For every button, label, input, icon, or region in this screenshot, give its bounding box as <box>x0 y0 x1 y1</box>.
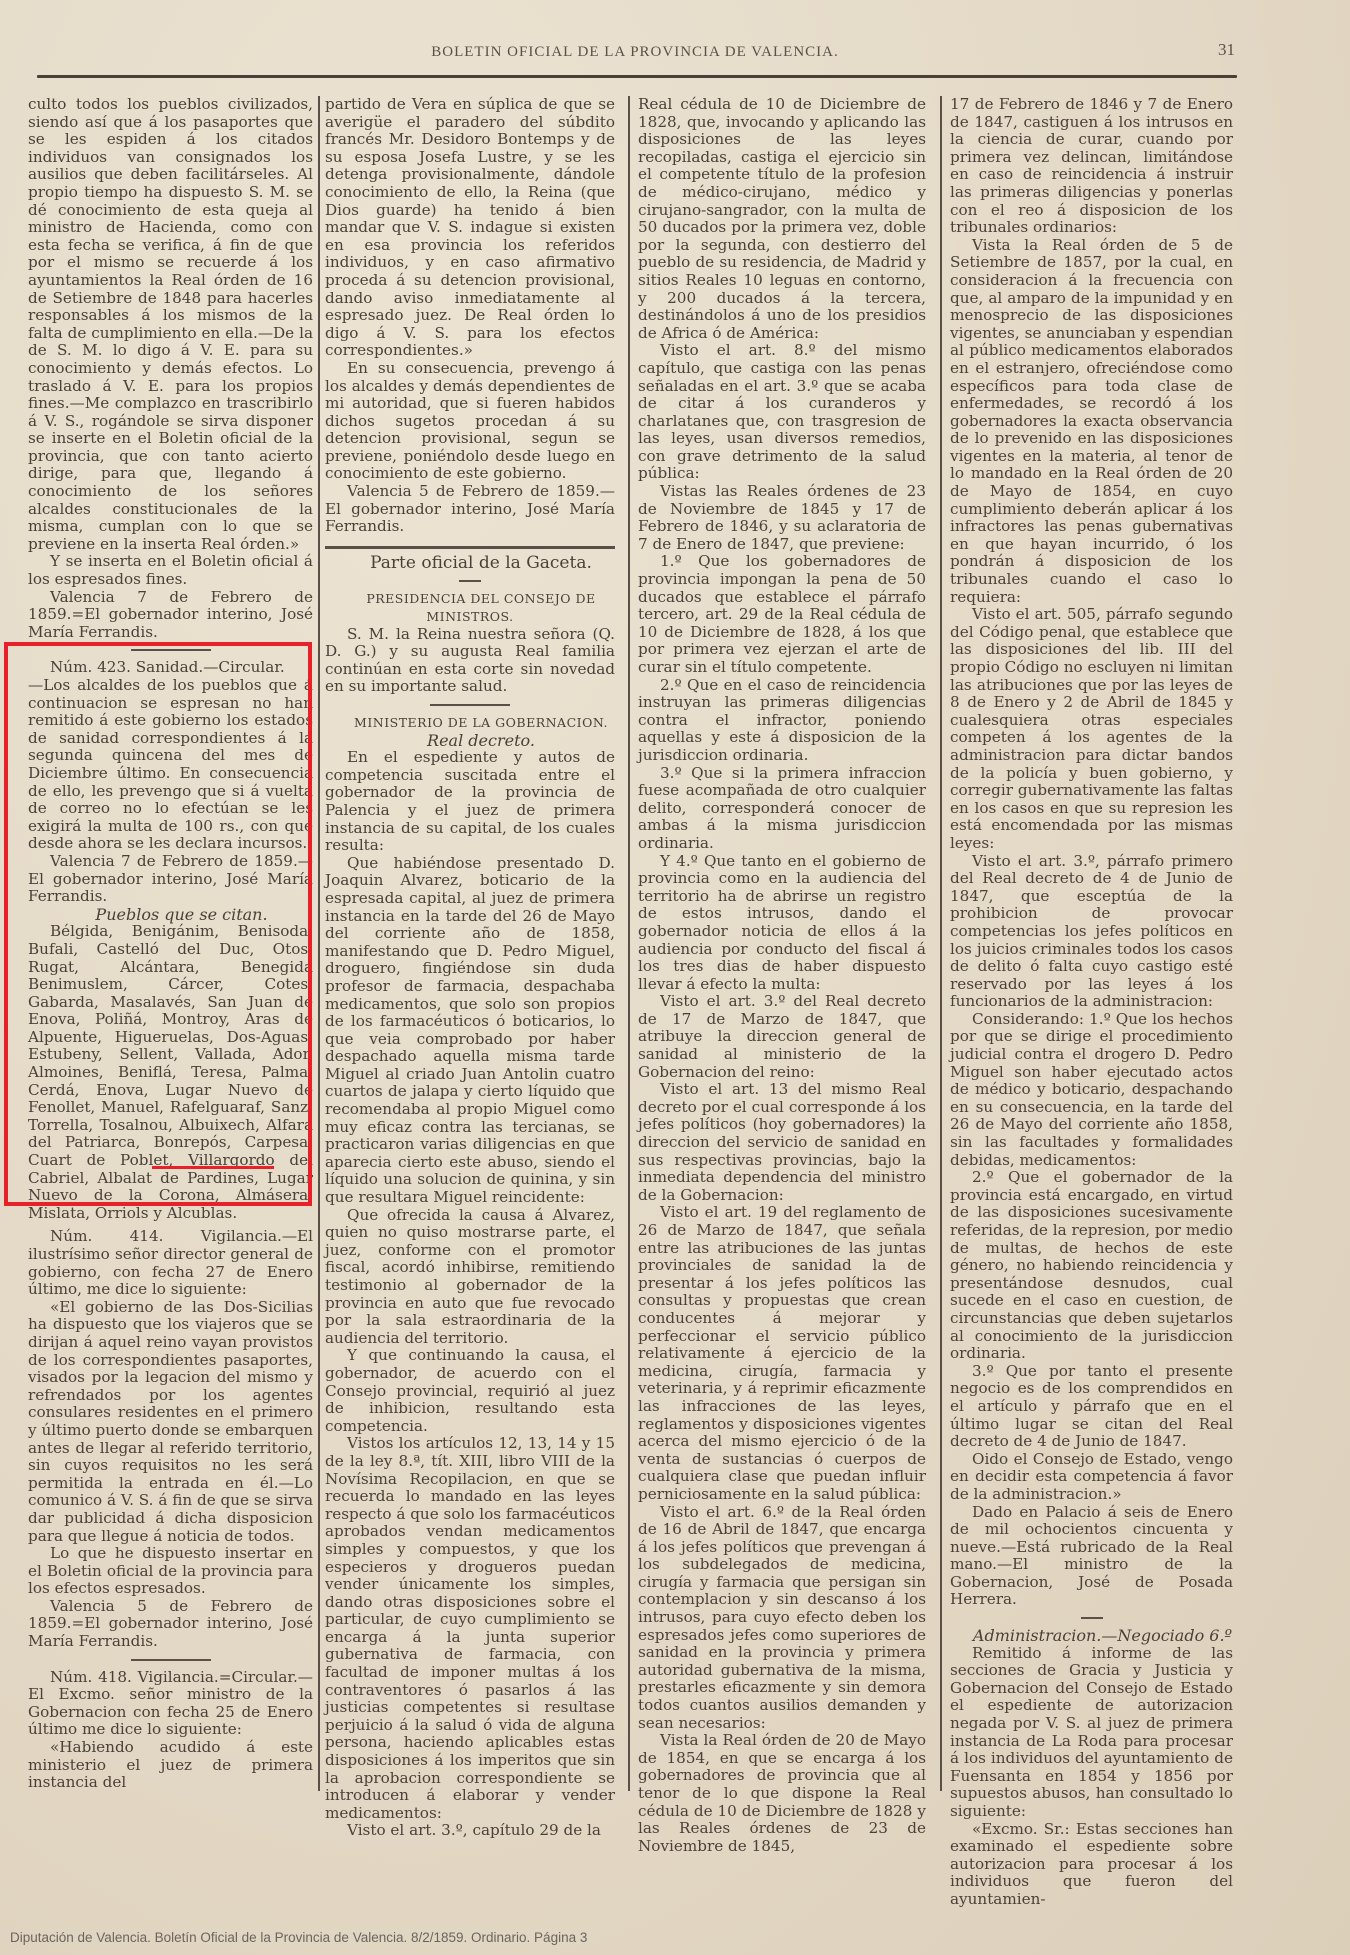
decreto-p1: En el espediente y autos de competencia … <box>325 749 615 855</box>
col4-c1: Considerando: 1.º Que los hechos por que… <box>950 1011 1233 1169</box>
col4-p6: Remitido á informe de las secciones de G… <box>950 1645 1233 1821</box>
notice-423-signature: Valencia 7 de Febrero de 1859.—El gobern… <box>28 853 313 906</box>
col1-signature: Valencia 7 de Febrero de 1859.=El gobern… <box>28 589 313 642</box>
col4-p7: «Excmo. Sr.: Estas secciones han examina… <box>950 1821 1233 1909</box>
admin-heading: Administracion.—Negociado 6.º <box>950 1627 1233 1645</box>
pueblo-highlighted: Cuart de Poblet <box>28 1151 168 1169</box>
col3-item1: 1.º Que los gobernadores de provincia im… <box>638 553 926 676</box>
col2-continuation: partido de Vera en súplica de que se ave… <box>325 96 615 360</box>
pueblos-list: Bélgida, Benigánim, Benisoda, Bufali, Ca… <box>28 923 313 1222</box>
col3-continuation: Real cédula de 10 de Diciembre de 1828, … <box>638 96 926 342</box>
notice-423: Núm. 423. Sanidad.—Circular. —Los alcald… <box>28 659 313 1222</box>
decreto-p6: Visto el art. 3.º, capítulo 29 de la <box>325 1822 615 1840</box>
col1-continuation: culto todos los pueblos civilizados, sie… <box>28 96 313 553</box>
divider <box>1081 1617 1103 1619</box>
divider <box>325 546 615 549</box>
page-header: BOLETIN OFICIAL DE LA PROVINCIA DE VALEN… <box>35 36 1235 66</box>
col4-c3: 3.º Que por tanto el presente negocio es… <box>950 1363 1233 1451</box>
column-rule <box>318 96 320 1791</box>
col4-p2: Visto el art. 505, párrafo segundo del C… <box>950 606 1233 852</box>
decreto-p4: Y que continuando la causa, el gobernado… <box>325 1347 615 1435</box>
presidencia-heading: PRESIDENCIA DEL CONSEJO DE MINISTROS. <box>325 590 615 625</box>
divider <box>131 649 211 651</box>
header-rule <box>37 75 1237 78</box>
page-number: 31 <box>1218 40 1235 60</box>
bulletin-title: BOLETIN OFICIAL DE LA PROVINCIA DE VALEN… <box>35 44 1235 61</box>
col3-item2: 2.º Que en el caso de reincidencia instr… <box>638 677 926 765</box>
col4-p4: Oido el Consejo de Estado, vengo en deci… <box>950 1451 1233 1504</box>
col3-p6: Visto el art. 6.º de la Real órden de 16… <box>638 1504 926 1733</box>
column-rule <box>628 96 630 1791</box>
column-2: partido de Vera en súplica de que se ave… <box>325 96 615 1840</box>
notice-414-insert: Lo que he dispuesto insertar en el Bolet… <box>28 1545 313 1598</box>
col3-item4: Y 4.º Que tanto en el gobierno de provin… <box>638 853 926 994</box>
col2-consequence: En su consecuencia, prevengo á los alcal… <box>325 360 615 483</box>
col3-item3: 3.º Que si la primera infraccion fuese a… <box>638 765 926 853</box>
col4-p5: Dado en Palacio á seis de Enero de mil o… <box>950 1504 1233 1610</box>
col2-signature: Valencia 5 de Febrero de 1859.—El gobern… <box>325 483 615 536</box>
col4-c2: 2.º Que el gobernador de la provincia es… <box>950 1169 1233 1363</box>
col3-p4: Visto el art. 13 del mismo Real decreto … <box>638 1081 926 1204</box>
col4-p3: Visto el art. 3.º, párrafo primero del R… <box>950 853 1233 1011</box>
decreto-p2: Que habiéndose presentado D. Joaquin Alv… <box>325 855 615 1207</box>
col4-continuation: 17 de Febrero de 1846 y 7 de Enero de 18… <box>950 96 1233 237</box>
footer-source: Diputación de Valencia. Boletín Oficial … <box>10 1930 587 1945</box>
notice-414-heading: Núm. 414. Vigilancia.—El ilustrísimo señ… <box>28 1228 313 1298</box>
col3-p2: Vistas las Reales órdenes de 23 de Novie… <box>638 483 926 553</box>
col3-p1: Visto el art. 8.º del mismo capítulo, qu… <box>638 342 926 483</box>
col3-p5: Visto el art. 19 del reglamento de 26 de… <box>638 1204 926 1503</box>
decreto-p5: Vistos los artículos 12, 13, 14 y 15 de … <box>325 1435 615 1822</box>
column-1: culto todos los pueblos civilizados, sie… <box>28 96 313 1792</box>
notice-418-quote: «Habiendo acudido á este ministerio el j… <box>28 1739 313 1792</box>
divider <box>131 1659 211 1661</box>
divider <box>430 704 510 706</box>
underline-cuart-de-poblet <box>152 1166 274 1169</box>
col1-insert-note: Y se inserta en el Boletin oficial á los… <box>28 553 313 588</box>
pueblos-heading: Pueblos que se citan. <box>28 906 313 924</box>
divider <box>459 580 481 582</box>
column-4: 17 de Febrero de 1846 y 7 de Enero de 18… <box>950 96 1233 1909</box>
col3-p3: Visto el art. 3.º del Real decreto de 17… <box>638 993 926 1081</box>
notice-423-body: —Los alcaldes de los pueblos que á conti… <box>28 677 313 853</box>
gaceta-title: Parte oficial de la Gaceta. <box>325 555 615 573</box>
decreto-p3: Que ofrecida la causa á Alvarez, quien n… <box>325 1207 615 1348</box>
column-3: Real cédula de 10 de Diciembre de 1828, … <box>638 96 926 1855</box>
presidencia-body: S. M. la Reina nuestra señora (Q. D. G.)… <box>325 626 615 696</box>
notice-418-heading: Núm. 418. Vigilancia.=Circular.—El Excmo… <box>28 1669 313 1739</box>
column-rule <box>940 96 942 1791</box>
pueblos-list-before: Bélgida, Benigánim, Benisoda, Bufali, Ca… <box>28 922 313 1151</box>
real-decreto-heading: Real decreto. <box>325 732 615 750</box>
col3-p7: Vista la Real órden de 20 de Mayo de 185… <box>638 1732 926 1855</box>
col4-p1: Vista la Real órden de 5 de Setiembre de… <box>950 237 1233 606</box>
ministerio-heading: MINISTERIO DE LA GOBERNACION. <box>325 714 615 732</box>
notice-423-heading: Núm. 423. Sanidad.—Circular. <box>28 659 313 677</box>
notice-414-quote: «El gobierno de las Dos-Sicilias ha disp… <box>28 1299 313 1545</box>
notice-414-signature: Valencia 5 de Febrero de 1859.=El gobern… <box>28 1598 313 1651</box>
